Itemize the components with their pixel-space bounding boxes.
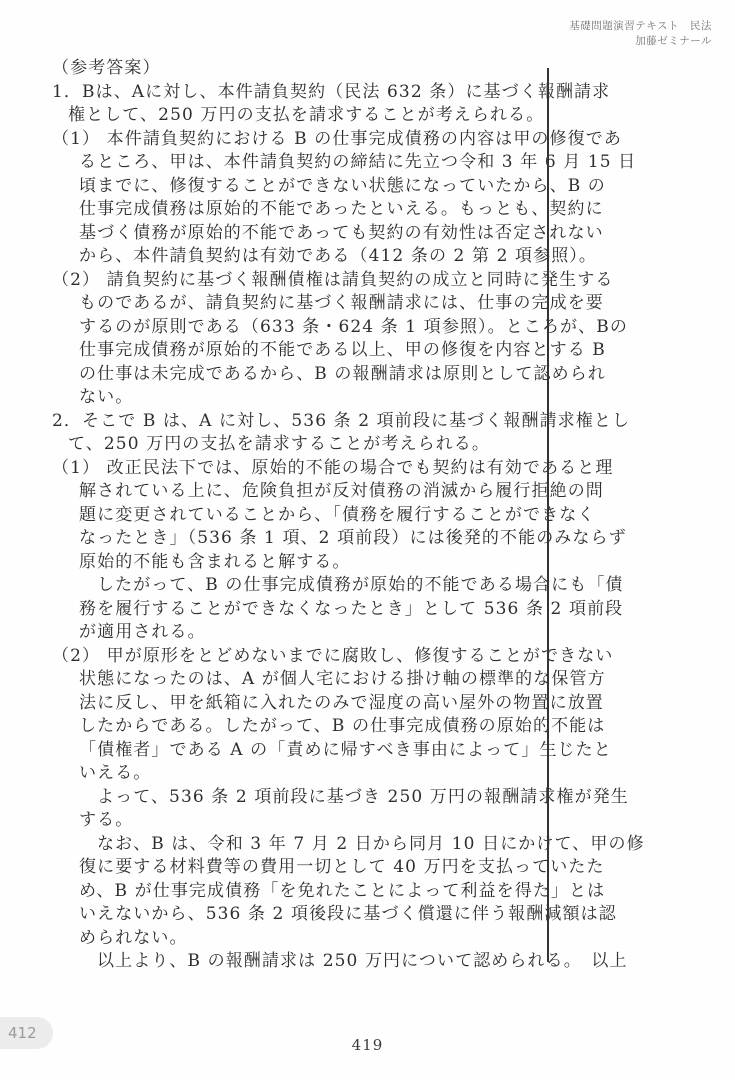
text-line: いえないから、536 条 2 項後段に基づく償還に伴う報酬減額は認 [52,903,548,927]
text-line: 「債権者」である A の「責めに帰すべき事由によって」生じたと [52,739,548,763]
text-line: 2．そこで B は、A に対し、536 条 2 項前段に基づく報酬請求権とし [52,410,548,434]
text-line: 法に反し、甲を紙箱に入れたのみで湿度の高い屋外の物置に放置 [52,692,548,716]
text-line: （2） 甲が原形をとどめないまでに腐敗し、修復することができない [52,645,548,669]
scanned-document-page: 基礎問題演習テキスト 民法 加藤ゼミナール （参考答案） 1．Bは、Aに対し、本… [0,0,735,1080]
answer-text-block: （参考答案） 1．Bは、Aに対し、本件請負契約（民法 632 条）に基づく報酬請… [52,57,548,974]
text-line: いえる。 [52,762,548,786]
text-line: ものであるが、請負契約に基づく報酬請求には、仕事の完成を要 [52,292,548,316]
text-line: 基づく債務が原始的不能であっても契約の有効性は否定されない [52,222,548,246]
text-line: なったとき」（536 条 1 項、2 項前段）には後発的不能のみならず [52,527,548,551]
text-line: 以上より、B の報酬請求は 250 万円について認められる。 以上 [52,950,548,974]
page-edge-rule [547,68,549,962]
text-line: するのが原則である（633 条・624 条 1 項参照）。ところが、Bの [52,316,548,340]
header-book-title: 基礎問題演習テキスト 民法 [569,19,712,34]
page-number: 419 [0,1036,735,1054]
page-header: 基礎問題演習テキスト 民法 加藤ゼミナール [569,19,712,48]
header-publisher: 加藤ゼミナール [569,34,712,49]
text-line: したからである。したがって、B の仕事完成債務の原始的不能は [52,715,548,739]
text-line: ない。 [52,386,548,410]
text-line: て、250 万円の支払を請求することが考えられる。 [52,433,548,457]
text-line: が適用される。 [52,621,548,645]
text-line: 原始的不能も含まれると解する。 [52,551,548,575]
text-line: 頃までに、修復することができない状態になっていたから、B の [52,175,548,199]
text-line: 復に要する材料費等の費用一切として 40 万円を支払っていたた [52,856,548,880]
text-line: なお、B は、令和 3 年 7 月 2 日から同月 10 日にかけて、甲の修 [52,833,548,857]
text-line: したがって、B の仕事完成債務が原始的不能である場合にも「債 [52,574,548,598]
text-line: する。 [52,809,548,833]
text-line: から、本件請負契約は有効である（412 条の 2 第 2 項参照）。 [52,245,548,269]
text-line: 仕事完成債務は原始的不能であったといえる。もっとも、契約に [52,198,548,222]
text-line: （1） 改正民法下では、原始的不能の場合でも契約は有効であると理 [52,457,548,481]
text-line: 状態になったのは、A が個人宅における掛け軸の標準的な保管方 [52,668,548,692]
text-line: 1．Bは、Aに対し、本件請負契約（民法 632 条）に基づく報酬請求 [52,81,548,105]
text-line: よって、536 条 2 項前段に基づき 250 万円の報酬請求権が発生 [52,786,548,810]
text-line: められない。 [52,927,548,951]
text-line: （1） 本件請負契約における B の仕事完成債務の内容は甲の修復であ [52,128,548,152]
text-line: （2） 請負契約に基づく報酬債権は請負契約の成立と同時に発生する [52,269,548,293]
reference-answer-heading: （参考答案） [52,57,548,81]
text-line: るところ、甲は、本件請負契約の締結に先立つ令和 3 年 6 月 15 日 [52,151,548,175]
text-line: 解されている上に、危険負担が反対債務の消滅から履行拒絶の問 [52,480,548,504]
text-line: 題に変更されていることから、「債務を履行することができなく [52,504,548,528]
text-line: 権として、250 万円の支払を請求することが考えられる。 [52,104,548,128]
text-line: め、B が仕事完成債務「を免れたことによって利益を得た」とは [52,880,548,904]
text-line: 務を履行することができなくなったとき」として 536 条 2 項前段 [52,598,548,622]
text-line: 仕事完成債務が原始的不能である以上、甲の修復を内容とする B [52,339,548,363]
text-line: の仕事は未完成であるから、B の報酬請求は原則として認められ [52,363,548,387]
